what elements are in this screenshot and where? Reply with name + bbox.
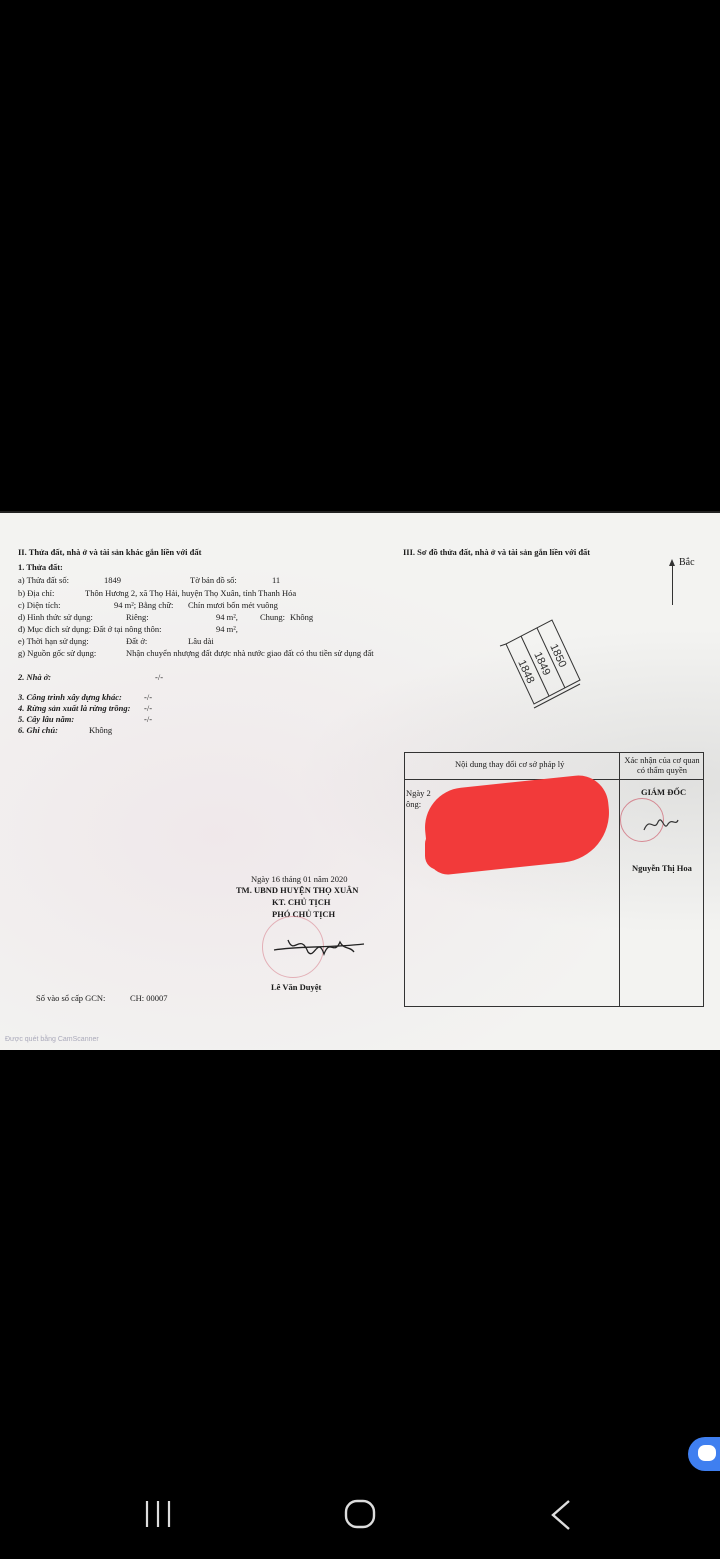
home-icon bbox=[343, 1498, 377, 1530]
parcel-heading: 1. Thửa đất: bbox=[18, 563, 63, 572]
sign-role1: KT. CHỦ TỊCH bbox=[272, 898, 331, 907]
registry-label: Số vào sổ cấp GCN: bbox=[36, 994, 105, 1003]
house-label: 2. Nhà ở: bbox=[18, 673, 51, 682]
other-works-value: -/- bbox=[144, 693, 152, 702]
notes-label: 6. Ghi chú: bbox=[18, 726, 58, 735]
map-sheet: 11 bbox=[272, 576, 280, 585]
north-line bbox=[672, 565, 673, 605]
map-sheet-label: Tờ bản đồ số: bbox=[190, 576, 237, 585]
address-label: b) Địa chỉ: bbox=[18, 589, 54, 598]
signature-vice-chairman bbox=[268, 926, 368, 966]
home-button[interactable] bbox=[343, 1498, 377, 1535]
camscanner-watermark: Được quét bằng CamScanner bbox=[5, 1036, 99, 1043]
perennial-value: -/- bbox=[144, 715, 152, 724]
origin-label: g) Nguồn gốc sử dụng: bbox=[18, 649, 96, 658]
north-label: Bắc bbox=[679, 558, 695, 568]
back-button[interactable] bbox=[549, 1498, 573, 1537]
signer-name: Nguyễn Thị Hoa bbox=[632, 864, 692, 873]
shared-label: Chung: bbox=[260, 613, 285, 622]
changes-col1-header: Nội dung thay đổi cơ sở pháp lý bbox=[455, 760, 564, 769]
signature-director bbox=[640, 812, 680, 836]
area: 94 m²; Bằng chữ: bbox=[114, 601, 173, 610]
forest-label: 4. Rừng sản xuất là rừng trồng: bbox=[18, 704, 130, 713]
section2-title: II. Thửa đất, nhà ở và tài sản khác gắn … bbox=[18, 548, 201, 557]
parcel-diagram: 1848 1849 1850 bbox=[490, 610, 600, 725]
notes-value: Không bbox=[89, 726, 112, 735]
parcel-no: 1849 bbox=[104, 576, 121, 585]
back-icon bbox=[549, 1498, 573, 1532]
other-works-label: 3. Công trình xây dựng khác: bbox=[18, 693, 122, 702]
term-label: e) Thời hạn sử dụng: bbox=[18, 637, 89, 646]
origin-value: Nhận chuyển nhượng đất được nhà nước gia… bbox=[126, 649, 374, 658]
change-row-line2: ông: bbox=[406, 800, 421, 809]
redaction-mark-tail bbox=[425, 830, 455, 870]
sign-date: Ngày 16 tháng 01 năm 2020 bbox=[251, 875, 348, 884]
sign-name: Lê Văn Duyệt bbox=[271, 983, 321, 992]
house-value: -/- bbox=[155, 673, 163, 682]
term-value: Lâu dài bbox=[188, 637, 214, 646]
use-form-label: d) Hình thức sử dụng: bbox=[18, 613, 93, 622]
private-area: 94 m², bbox=[216, 613, 238, 622]
changes-col2-header: Xác nhận của cơ quan có thẩm quyền bbox=[622, 756, 702, 776]
registry-value: CH: 00007 bbox=[130, 994, 168, 1003]
term-type: Đất ở: bbox=[126, 637, 147, 646]
purpose-label: đ) Mục đích sử dụng: Đất ở tại nông thôn… bbox=[18, 625, 161, 634]
sign-org: TM. UBND HUYỆN THỌ XUÂN bbox=[236, 886, 358, 895]
area-words: Chín mươi bốn mét vuông bbox=[188, 601, 278, 610]
shared-value: Không bbox=[290, 613, 313, 622]
recents-icon bbox=[143, 1498, 173, 1530]
area-label: c) Diện tích: bbox=[18, 601, 60, 610]
forest-value: -/- bbox=[144, 704, 152, 713]
purpose-area: 94 m², bbox=[216, 625, 238, 634]
address: Thôn Hương 2, xã Thọ Hải, huyện Thọ Xuân… bbox=[85, 589, 296, 598]
section3-title: III. Sơ đồ thửa đất, nhà ở và tài sản gắ… bbox=[403, 548, 590, 557]
recents-button[interactable] bbox=[143, 1498, 173, 1535]
chat-icon bbox=[698, 1445, 716, 1461]
parcel-no-label: a) Thửa đất số: bbox=[18, 576, 69, 585]
perennial-label: 5. Cây lâu năm: bbox=[18, 715, 74, 724]
private-label: Riêng: bbox=[126, 613, 149, 622]
floating-chat-bubble[interactable] bbox=[688, 1437, 720, 1471]
signer-title: GIÁM ĐỐC bbox=[641, 788, 686, 797]
change-row-date: Ngày 2 bbox=[406, 789, 431, 798]
